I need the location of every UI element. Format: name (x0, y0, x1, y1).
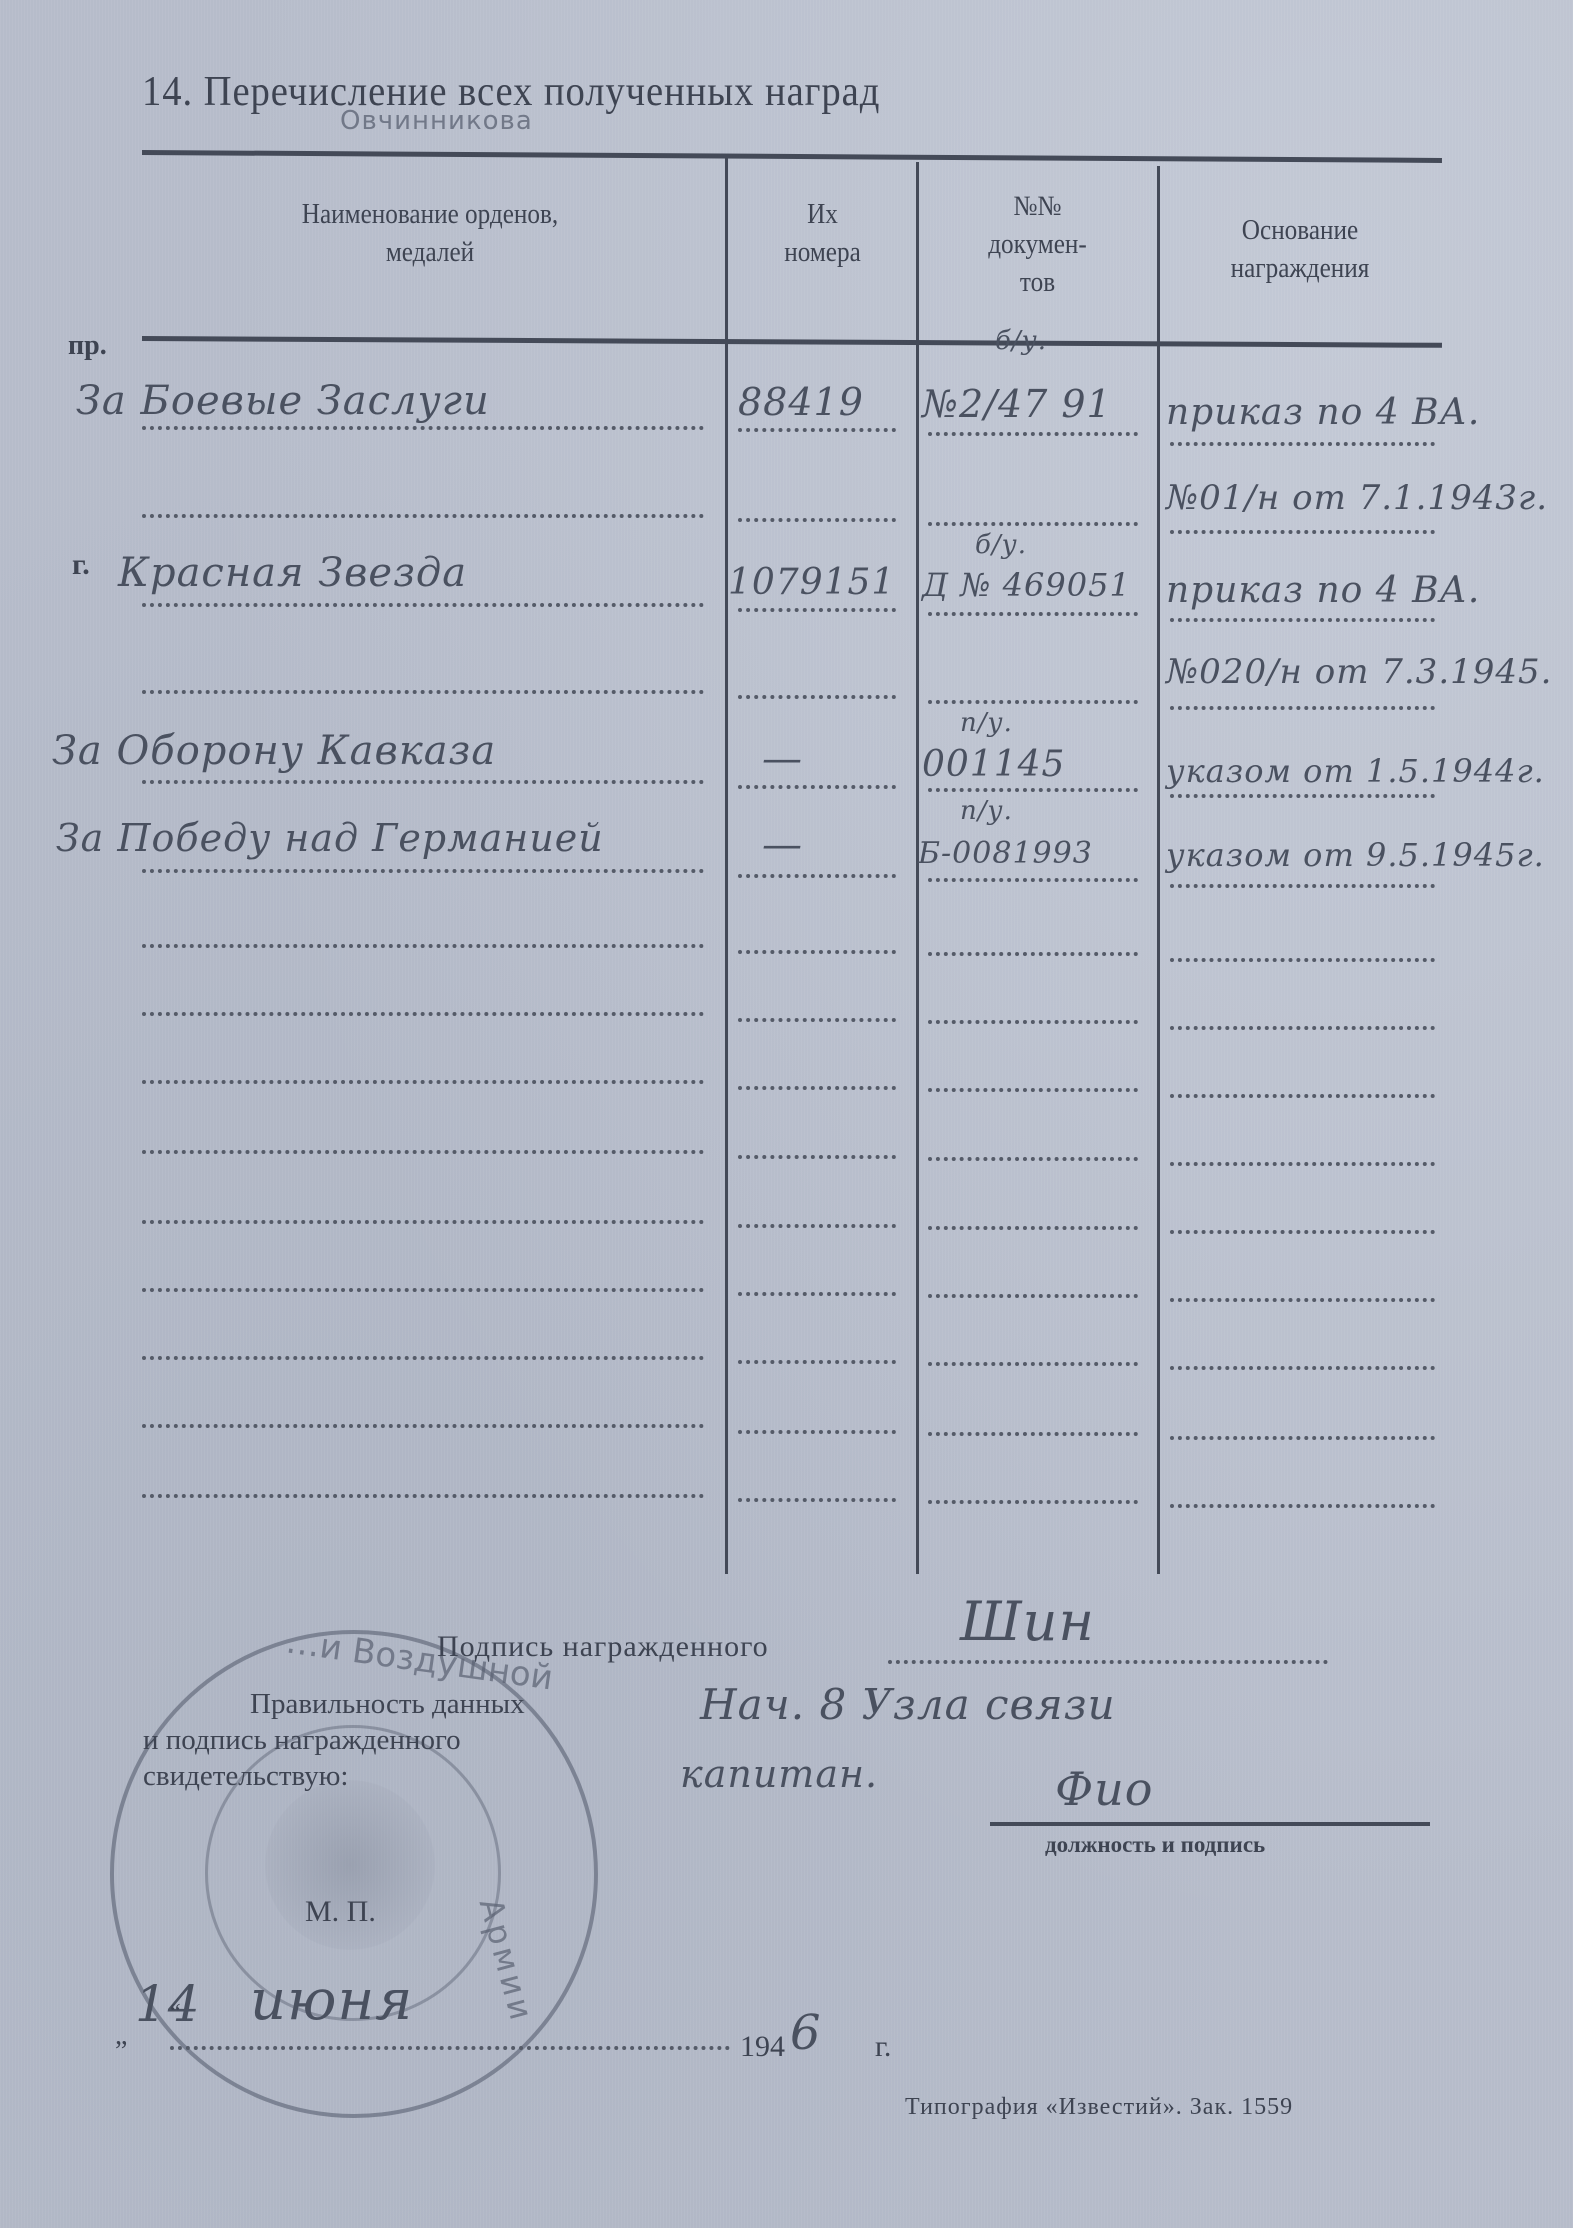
award-name: За Оборону Кавказа (52, 728, 496, 774)
column-divider-1 (725, 158, 728, 1574)
document-prefix: б/у. (995, 326, 1047, 356)
award-basis-line2: №01/н от 7.1.1943г. (1166, 478, 1548, 518)
header-basis: Основание награждения (1179, 212, 1422, 288)
row-prefix-1: пр. (68, 330, 107, 362)
document-number: Д № 469051 (922, 566, 1131, 604)
header-basis-line1: Основание (1179, 212, 1422, 250)
awardee-signature-line (888, 1660, 1328, 1664)
position-caption: должность и подпись (1045, 1832, 1265, 1858)
table-header-rule (142, 336, 1442, 348)
header-numbers-line2: номера (744, 234, 902, 272)
award-name: Красная Звезда (118, 550, 467, 596)
header-documents-line2: докумен- (936, 226, 1139, 264)
date-year-prefix: 194 (740, 2030, 785, 2064)
award-basis-line1: приказ по 4 ВА. (1166, 392, 1480, 433)
date-year-unit: г. (875, 2030, 891, 2064)
certify-label-line3: свидетельствую: (143, 1760, 348, 1793)
seal-label: М. П. (305, 1895, 376, 1929)
certify-label-line1: Правильность данных (250, 1688, 525, 1721)
document-number: 001145 (922, 744, 1065, 785)
award-name: За Боевые Заслуги (76, 378, 490, 424)
official-signature-line (990, 1822, 1430, 1826)
document-prefix: б/у. (975, 530, 1027, 560)
table-top-rule (142, 150, 1442, 163)
award-basis-line1: указом от 1.5.1944г. (1166, 752, 1545, 790)
header-award-name: Наименование орденов, медалей (178, 196, 682, 272)
official-signature: Фио (1055, 1762, 1154, 1816)
award-number: — (762, 822, 803, 868)
date-year-suffix: 6 (790, 2005, 822, 2061)
header-numbers-line1: Их (744, 196, 902, 234)
document-number: №2/47 91 (922, 382, 1112, 426)
official-position-line1: Нач. 8 Узла связи (700, 1680, 1116, 1729)
official-position-line2: капитан. (680, 1752, 878, 1796)
document-prefix: п/у. (960, 796, 1013, 826)
award-basis-line1: приказ по 4 ВА. (1166, 570, 1480, 611)
certify-label-line2: и подпись награжденного (143, 1724, 461, 1757)
award-number: 1079151 (728, 562, 895, 603)
header-award-name-line1: Наименование орденов, (178, 196, 682, 234)
award-number: 88419 (738, 380, 864, 424)
date-quote-close: “ (170, 2000, 181, 2027)
award-basis-line1: указом от 9.5.1945г. (1166, 836, 1545, 874)
header-documents-line1: №№ (936, 188, 1139, 226)
stamped-name: Овчинникова (340, 106, 533, 136)
printer-imprint: Типография «Известий». Зак. 1559 (905, 2094, 1293, 2121)
row-prefix-2: г. (72, 548, 90, 582)
awardee-signature-label: Подпись награжденного (437, 1630, 769, 1664)
header-award-name-line2: медалей (178, 234, 682, 272)
awardee-signature: Шин (960, 1590, 1095, 1653)
header-numbers: Их номера (744, 196, 902, 272)
header-basis-line2: награждения (1179, 250, 1422, 288)
date-line (170, 2046, 730, 2050)
document-prefix: п/у. (960, 708, 1013, 738)
date-month: июня (250, 1968, 413, 2033)
date-day: 14 (135, 1975, 201, 2033)
award-number: — (762, 736, 803, 782)
award-basis-line2: №020/н от 7.3.1945. (1166, 652, 1552, 692)
column-divider-3 (1157, 166, 1160, 1574)
award-name: За Победу над Германией (56, 816, 604, 860)
date-quote-open: „ (115, 2020, 127, 2052)
header-documents: №№ докумен- тов (936, 188, 1139, 302)
header-documents-line3: тов (936, 264, 1139, 302)
document-number: Б-0081993 (918, 836, 1093, 871)
